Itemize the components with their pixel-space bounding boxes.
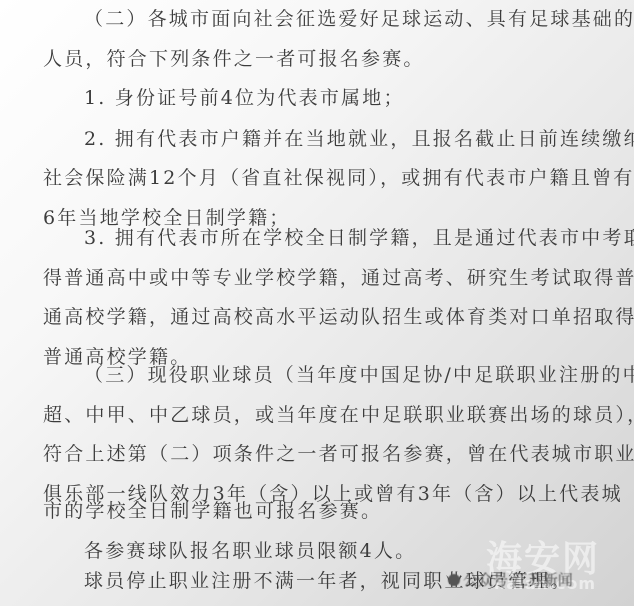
document-text-line: 2. 拥有代表市户籍并在当地就业，且报名截止日前连续缴纳: [84, 128, 634, 150]
wechat-account-icon: [448, 574, 460, 586]
document-text-line: 1. 身份证号前4位为代表市属地；: [84, 87, 405, 109]
document-text-line: 通高校学籍，通过高校高水平运动队招生或体育类对口单招取得: [43, 306, 634, 328]
document-text-line: 3. 拥有代表市所在学校全日制学籍，且是通过代表市中考取: [84, 227, 634, 249]
source-attribution: 公众号·江苏新闻: [448, 569, 573, 590]
document-text-line: 社会保险满12个月（省直社保视同），或拥有代表市户籍且曾有: [43, 167, 634, 189]
document-text-line: 各参赛球队报名职业球员限额4人。: [84, 540, 416, 562]
document-text-line: （三）现役职业球员（当年度中国足协/中足联职业注册的中: [84, 364, 634, 386]
document-text-line: （二）各城市面向社会征选爱好足球运动、具有足球基础的: [84, 8, 634, 30]
document-text-line: 得普通高中或中等专业学校学籍，通过高考、研究生考试取得普: [43, 267, 634, 289]
scanned-document-page: （二）各城市面向社会征选爱好足球运动、具有足球基础的人员，符合下列条件之一者可报…: [0, 0, 634, 606]
document-text-line: 符合上述第（二）项条件之一者可报名参赛，曾在代表城市职业: [43, 443, 634, 465]
source-attribution-text: 公众号·江苏新闻: [463, 571, 573, 589]
document-text-line: 市的学校全日制学籍也可报名参赛。: [43, 500, 382, 522]
document-text-line: 超、中甲、中乙球员，或当年度在中足联职业联赛出场的球员），: [43, 404, 634, 426]
document-text-line: 6年当地学校全日制学籍；: [43, 207, 291, 229]
document-text-line: 人员，符合下列条件之一者可报名参赛。: [43, 48, 425, 70]
